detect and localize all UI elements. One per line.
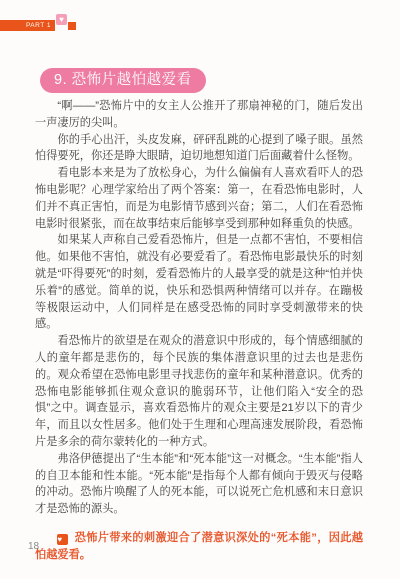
paragraph: 看恐怖片的欲望是在观众的潜意识中形成的，每个情感细腻的人的童年都是悲伤的，每个民… <box>35 333 363 451</box>
paragraph-list: “啊——”恐怖片中的女主人公推开了那扇神秘的门，随后发出一声凄厉的尖叫。你的手心… <box>35 98 363 518</box>
heart-glyph: ♥ <box>59 15 64 24</box>
body-text: “啊——”恐怖片中的女主人公推开了那扇神秘的门，随后发出一声凄厉的尖叫。你的手心… <box>35 98 363 564</box>
heart-glyph: ♥ <box>57 535 62 544</box>
decor-square-icon <box>68 22 76 30</box>
section-title-text: 9. 恐怖片越怕越爱看 <box>54 72 192 88</box>
conclusion: ♥恐怖片带来的刺激迎合了潜意识深处的“死本能”，因此越怕越爱看。 <box>35 530 363 564</box>
conclusion-text: 恐怖片带来的刺激迎合了潜意识深处的“死本能”，因此越怕越爱看。 <box>35 532 363 561</box>
paragraph: 你的手心出汗，头皮发麻，砰砰乱跳的心提到了嗓子眼。虽然怕得要死，你还是睁大眼睛，… <box>35 132 363 166</box>
heart-icon: ♥ <box>56 14 67 25</box>
book-page: PART 1 ♥ 9. 恐怖片越怕越爱看 “啊——”恐怖片中的女主人公推开了那扇… <box>0 0 400 579</box>
part-banner: PART 1 <box>0 20 55 31</box>
paragraph: 看电影本来是为了放松身心，为什么偏偏有人喜欢看吓人的恐怖电影呢？心理学家给出了两… <box>35 165 363 232</box>
paragraph: “啊——”恐怖片中的女主人公推开了那扇神秘的门，随后发出一声凄厉的尖叫。 <box>35 98 363 132</box>
part-label: PART 1 <box>26 22 51 29</box>
heart-icon: ♥ <box>57 534 68 545</box>
section-title: 9. 恐怖片越怕越爱看 <box>40 68 206 93</box>
page-number: 18 <box>28 541 39 552</box>
paragraph: 如果某人声称自己爱看恐怖片，但是一点都不害怕，不要相信他。如果他不害怕，就没有必… <box>35 232 363 333</box>
paragraph: 弗洛伊德提出了“生本能”和“死本能”这一对概念。“生本能”指人的自卫本能和性本能… <box>35 451 363 518</box>
